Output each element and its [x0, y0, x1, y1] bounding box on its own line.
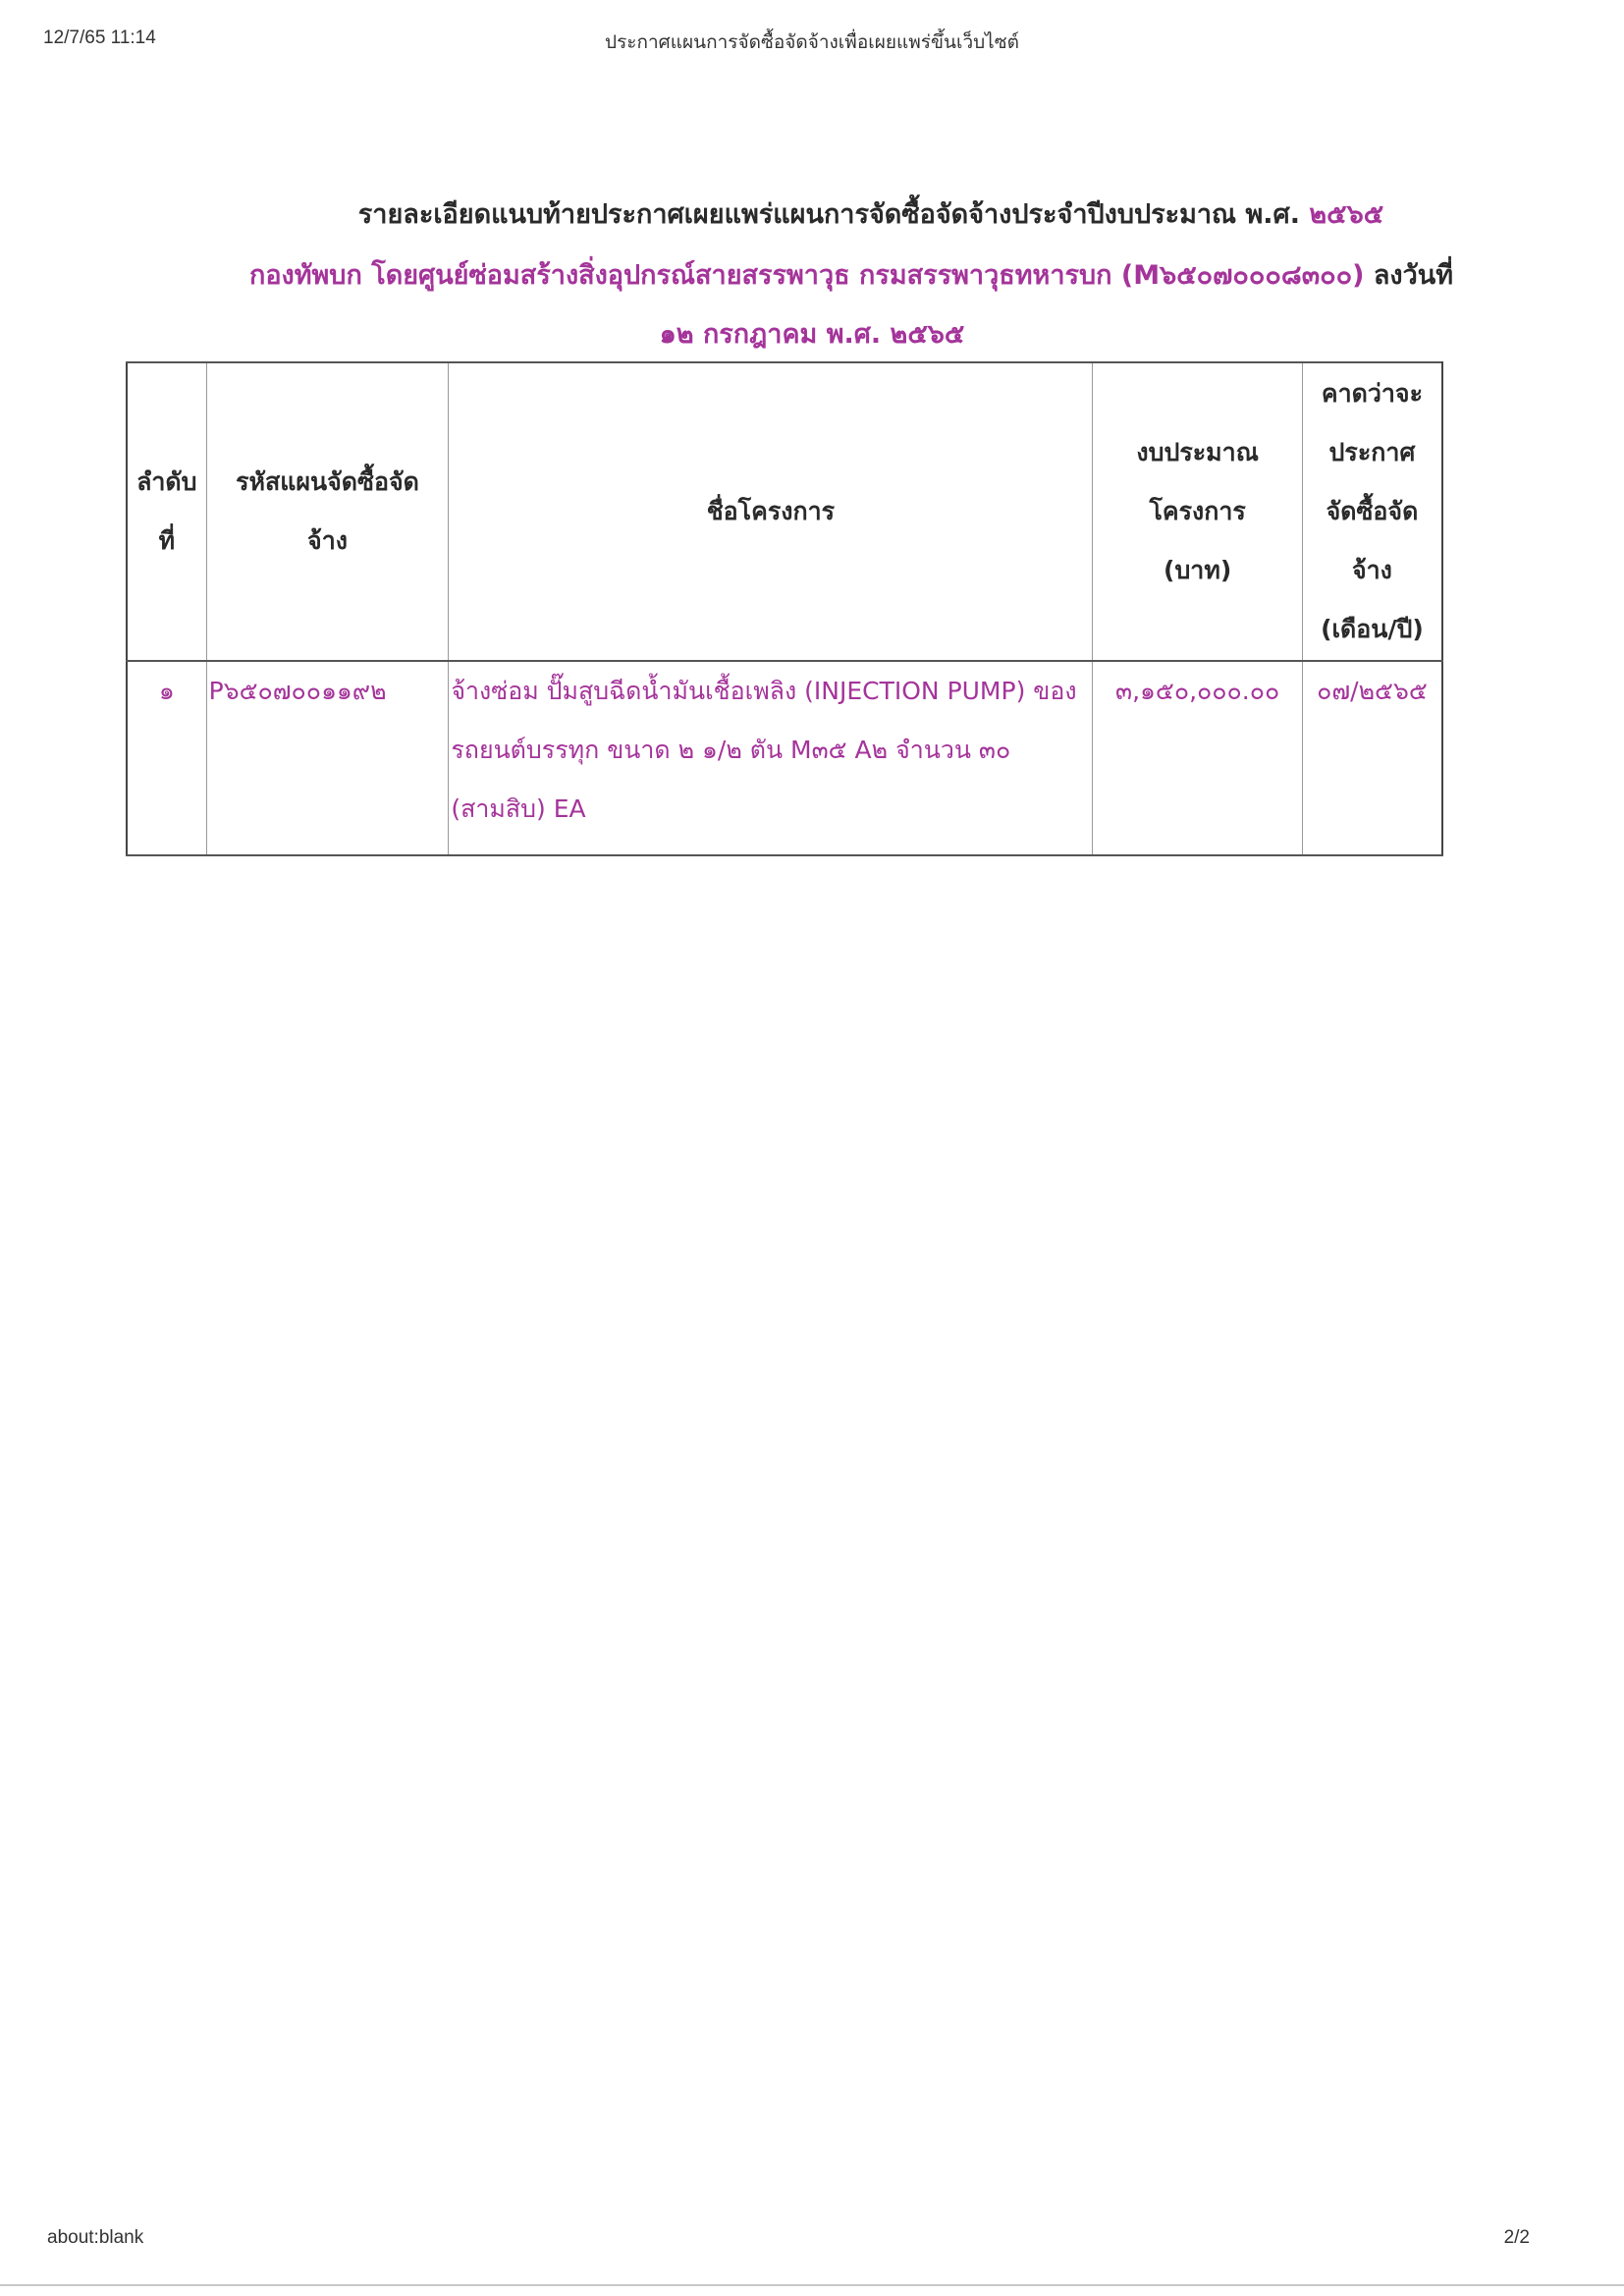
row-budget: ๓,๑๕๐,๐๐๐.๐๐	[1093, 661, 1302, 855]
procurement-plan-table: ลำดับที่ รหัสแผนจัดซื้อจัดจ้าง ชื่อโครงก…	[126, 361, 1443, 856]
print-page-title: ประกาศแผนการจัดซื้อจัดจ้างเพื่อเผยแพร่ขึ…	[0, 27, 1624, 57]
agency-name: กองทัพบก โดยศูนย์ซ่อมสร้างสิ่งอุปกรณ์สาย…	[249, 260, 1365, 291]
table-header-row: ลำดับที่ รหัสแผนจัดซื้อจัดจ้าง ชื่อโครงก…	[127, 362, 1442, 661]
header-project-name: ชื่อโครงการ	[449, 362, 1093, 661]
header-no: ลำดับที่	[127, 362, 206, 661]
announcement-date: ๑๒ กรกฎาคม พ.ศ. ๒๕๖๕	[0, 312, 1624, 355]
table-row: ๑ P๖๕๐๗๐๐๑๑๙๒ จ้างซ่อม ปั๊มสูบฉีดน้ำมันเ…	[127, 661, 1442, 855]
header-budget: งบประมาณโครงการ(บาท)	[1093, 362, 1302, 661]
row-project-name: จ้างซ่อม ปั๊มสูบฉีดน้ำมันเชื้อเพลิง (INJ…	[449, 661, 1093, 855]
document-heading-line1: รายละเอียดแนบท้ายประกาศเผยแพร่แผนการจัดซ…	[59, 192, 1624, 235]
header-expected-date: คาดว่าจะประกาศจัดซื้อจัดจ้าง(เดือน/ปี)	[1302, 362, 1442, 661]
document-heading-line2: กองทัพบก โดยศูนย์ซ่อมสร้างสิ่งอุปกรณ์สาย…	[39, 253, 1624, 296]
dated-label: ลงวันที่	[1374, 260, 1453, 291]
header-plan-code: รหัสแผนจัดซื้อจัดจ้าง	[206, 362, 449, 661]
row-no: ๑	[127, 661, 206, 855]
row-expected-date: ๐๗/๒๕๖๕	[1302, 661, 1442, 855]
row-plan-code: P๖๕๐๗๐๐๑๑๙๒	[206, 661, 449, 855]
fiscal-year: ๒๕๖๕	[1309, 199, 1383, 230]
page-number: 2/2	[1504, 2227, 1530, 2249]
heading-text: รายละเอียดแนบท้ายประกาศเผยแพร่แผนการจัดซ…	[358, 199, 1300, 230]
print-url: about:blank	[47, 2227, 143, 2249]
page-bottom-divider	[0, 2284, 1624, 2286]
